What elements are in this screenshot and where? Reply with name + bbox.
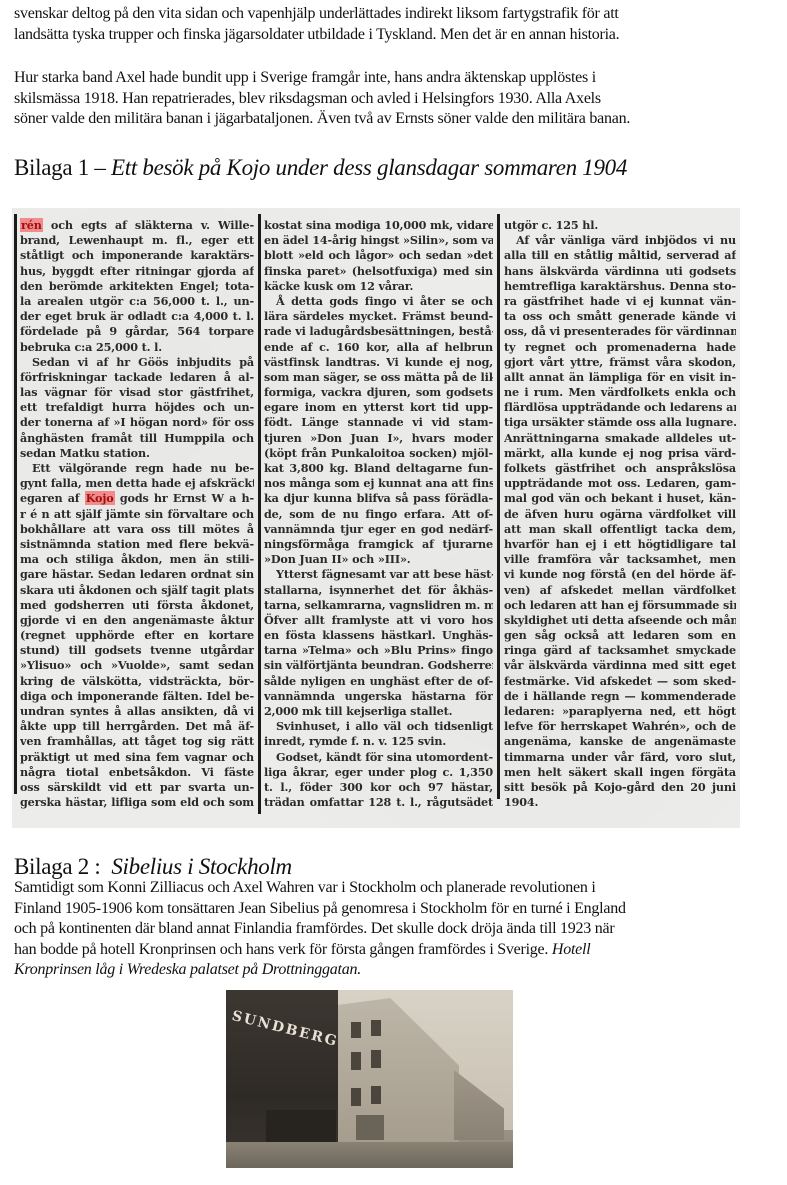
clipping-line: bokhållare att vara oss till mötes å [20,522,254,537]
photo-shopfront [356,1115,384,1140]
bilaga1-label: Bilaga 1 – [14,155,111,180]
clipping-line: timmarna under vår färd, voro slut, [504,750,736,765]
clipping-line: egare inom en ytterst kort tid upp- [264,400,493,415]
clipping-line: tjuren »Don Juan I», hvars moder [264,431,493,446]
bilaga2-heading: Bilaga 2 : Sibelius i Stockholm [14,854,292,880]
clipping-line: ne i rum. Men värdfolkets enkla och [504,385,736,400]
clipping-line: vannämnda tjur eger en god nedärf- [264,522,493,537]
clipping-line: ven) af afskedet mellan värdfolket [504,583,736,598]
clipping-line: rade vi ladugårdsbesättningen, bestå- [264,324,493,339]
clipping-line: ringa gärd af tacksamhet smyckade [504,643,736,658]
text-line: och på kontinenten där bland annat Finla… [14,919,784,940]
clipping-line: med godsherren uti första åkdonet, [20,598,254,613]
clipping-line: inredt, rymde f. n. v. 125 svin. [264,734,493,749]
photo-window [351,1088,361,1106]
clipping-line: sålde nyligen en unghäst efter de of- [264,674,493,689]
clipping-line: 1904. [504,795,736,810]
clipping-line: der tonerna af »I högan nord» för oss [20,415,254,430]
photo-window [351,1022,361,1038]
clipping-line: vår älskvärda värdinna med sitt eget [504,658,736,673]
clipping-line: undran syntes å allas ansikten, då vi [20,704,254,719]
clipping-line: Svinhuset, i allo väl och tidsenligt [264,719,493,734]
clipping-line: ende af c. 160 kor, alla af helbrun [264,340,493,355]
highlighted-word: Kojo [85,491,115,505]
clipping-line: Sedan vi af hr Göös inbjudits på [20,355,254,370]
column-rule-left [14,214,17,794]
clipping-line: kring de välskötta, vidsträckta, bör- [20,674,254,689]
text-line: landsätta tyska trupper och finska jägar… [14,25,784,46]
clipping-line: Godset, kändt för sina utomordent- [264,750,493,765]
clipping-line: några tiotal enbetsåkdon. Vi fäste [20,765,254,780]
clipping-line: »Don Juan II» och »III». [264,552,493,567]
historic-street-photo: SUNDBERG [226,990,513,1168]
text-line: han bodde på hotell Kronprinsen och hans… [14,940,784,961]
clipping-line: åkte upp till herrgården. Det må äf- [20,719,254,734]
clipping-line: finska paret» (helsotfuxiga) med sin [264,264,493,279]
clipping-line: en fösta klassens hästkarl. Unghäs- [264,628,493,643]
clipping-line: 2,000 mk till kejserliga stallet. [264,704,493,719]
clipping-line: präktigt ut med sina fem vagnar och [20,750,254,765]
clipping-line: ville framföra vår tacksamhet, men [504,552,736,567]
photo-window [351,1052,361,1070]
clipping-line: en ädel 14-årig hingst »Silin», som var [264,233,493,248]
newspaper-clipping: rén och egts af släkterna v. Wille-brand… [12,208,740,828]
clipping-line: brand, Lewenhaupt m. fl., eger ett [20,233,254,248]
photo-window [371,1020,381,1036]
highlighted-word: rén [20,218,43,232]
photo-street [226,1142,513,1168]
clipping-line: bebruka c:a 25,000 t. l. [20,340,254,355]
clipping-line: Af vår vänliga värd inbjödos vi nu [504,233,736,248]
clipping-line: ma och stiliga åkdon, men än stili- [20,552,254,567]
clipping-line: att man skall offentligt tacka dem, [504,522,736,537]
clipping-line: kostat sina modiga 10,000 mk, vidare [264,218,493,233]
clipping-line: alla till en ståtlig måltid, serverad af [504,248,736,263]
clipping-line: födt. Länge stannade vi vid stam- [264,415,493,430]
clipping-line: allt annat än lämpliga för en visit in- [504,370,736,385]
clipping-line: t. l., föder 300 kor och 97 hästar, [264,780,493,795]
clipping-line: gerska hästar, lifliga som eld och som [20,795,254,810]
clipping-line: vannämnda ungerska hästarna för [264,689,493,704]
clipping-line: lära särdeles mycket. Främst beund- [264,309,493,324]
clipping-line: der eget bruk är odladt c:a 4,000 t. l. [20,309,254,324]
clipping-line: ra gästfrihet hade vi ej kunnat vän- [504,294,736,309]
clipping-line: käcke kusk om 12 vårar. [264,279,493,294]
clipping-line: de, som de nu fingo erfara. Att of- [264,507,493,522]
text-segment: han bodde på hotell Kronprinsen och hans… [14,941,552,958]
clipping-line: folkets gästfrihet och anspråkslösa [504,461,736,476]
clipping-line: blott »eld och lågor» och sedan »det [264,248,493,263]
clipping-line: gynt falla, men detta hade ej afskräckt [20,476,254,491]
clipping-line: liga åkrar, eger under plog c. 1,350 [264,765,493,780]
clipping-line: stallarna, isynnerhet det för åkhäs- [264,583,493,598]
clipping-line: ståtligt och imponerande karaktärs- [20,248,254,263]
photo-caption-start: Hotell [552,941,591,958]
text-segment: gods hr Ernst W a h- [115,491,254,505]
clipping-line: hemtrefliga karaktärshus. Denna sto- [504,279,736,294]
clipping-line: de äfven huru ogärna värdfolket vill [504,507,736,522]
clipping-line: (köpt från Punkaloitoa socken) mjöl- [264,446,493,461]
clipping-line: Anrättningarna smakade alldeles ut- [504,431,736,446]
clipping-line: angenäma, kanske de angenämaste [504,734,736,749]
intro-paragraph-2: Hur starka band Axel hade bundit upp i S… [14,68,784,130]
bilaga1-title: Ett besök på Kojo under dess glansdagar … [111,155,627,180]
clipping-line: hus, byggdt efter ritningar gjorda af [20,264,254,279]
clipping-line: nos många som ej kunnat ana att fins- [264,476,493,491]
clipping-line: skara uti åkdonen och själf tagit plats [20,583,254,598]
clipping-line: (regnet upphörde efter en kortare [20,628,254,643]
clipping-line: gare hästar. Sedan ledaren ordnat sin [20,567,254,582]
clipping-line: de i hällande regn — kommenderade [504,689,736,704]
bilaga2-title: Sibelius i Stockholm [111,854,292,879]
bilaga1-heading: Bilaga 1 – Ett besök på Kojo under dess … [14,155,627,181]
photo-shop-window [266,1110,336,1146]
column-rule-1 [258,214,261,814]
clipping-line: hvarför han ej i ett högtidligare tal [504,537,736,552]
clipping-line: kat 3,800 kg. Bland deltagarne fun- [264,461,493,476]
bilaga2-body: Samtidigt som Konni Zilliacus och Axel W… [14,878,784,981]
clipping-line: gen såg också att ledaren som en [504,628,736,643]
text-segment: egaren af [20,491,85,505]
photo-window [371,1050,381,1068]
intro-paragraph-1: svenskar deltog på den vita sidan och va… [14,4,784,45]
clipping-line: märkt, alla kunde ej nog prisa värd- [504,446,736,461]
clipping-column-3: utgör c. 125 hl.Af vår vänliga värd inbj… [504,218,736,810]
clipping-line: trädan omfattar 128 t. l., rågutsädet [264,795,493,810]
clipping-line: ledaren: »paraplyerna ned, ett högt [504,704,736,719]
photo-caption: Kronprinsen låg i Wredeska palatset på D… [14,961,361,978]
clipping-line: egaren af Kojo gods hr Ernst W a h- [20,491,254,506]
clipping-line: Öfver allt framlyste att vi voro hos [264,613,493,628]
clipping-line: Ett välgörande regn hade nu be- [20,461,254,476]
clipping-line: lefve för herrskapet Wahrén», och de [504,719,736,734]
clipping-line: gjort vårt yttre, främst våra skodon, [504,355,736,370]
clipping-line: sin välförtjänta beundran. Godsherren [264,658,493,673]
text-line: Kronprinsen låg i Wredeska palatset på D… [14,960,784,981]
clipping-line: las vägnar för visad stor gästfrihet, [20,385,254,400]
clipping-line: sitt besök på Kojo-gård den 20 juni [504,780,736,795]
clipping-line: men helt säkert skall ingen förgäta [504,765,736,780]
clipping-line: diga och imponerande fälten. Idel be- [20,689,254,704]
clipping-line: sedan Matku station. [20,446,254,461]
clipping-line: som man säger, se oss mätta på de lik- [264,370,493,385]
clipping-line: flärdlösa uppträdande och ledarens ar- [504,400,736,415]
column-rule-2 [497,214,500,799]
clipping-line: tarna, selkamrarna, vagnslidren m. m. [264,598,493,613]
clipping-line: tiga ursäkter stämde oss alla lugnare. [504,415,736,430]
clipping-line: oss, då vi presenterades för värdinnan, [504,324,736,339]
clipping-line: ånghästen framåt till Humppila och [20,431,254,446]
clipping-column-1: rén och egts af släkterna v. Wille-brand… [20,218,254,810]
clipping-line: rén och egts af släkterna v. Wille- [20,218,254,233]
clipping-line: ty regnet och promenaderna hade [504,340,736,355]
clipping-line: Å detta gods fingo vi åter se och [264,294,493,309]
clipping-line: festmärke. Vid afskedet — som sked- [504,674,736,689]
clipping-line: hans älskvärda värdinna uti godsets [504,264,736,279]
clipping-line: ningsförmåga framgick af tjurarne [264,537,493,552]
clipping-line: ta oss och smått generade kände vi [504,309,736,324]
clipping-line: Ytterst fägnesamt var att bese häst- [264,567,493,582]
clipping-line: mal god vän och bekant i huset, kän- [504,491,736,506]
text-line: söner valde den militära banan i jägarba… [14,109,784,130]
text-segment: och egts af släkterna v. Wille- [43,218,254,232]
clipping-line: utgör c. 125 hl. [504,218,736,233]
text-line: Hur starka band Axel hade bundit upp i S… [14,68,784,89]
clipping-line: och ledaren att han ej försummade sin [504,598,736,613]
clipping-line: »Ylisuo» och »Vuolde», samt sedan [20,658,254,673]
text-line: Finland 1905-1906 kom tonsättaren Jean S… [14,899,784,920]
clipping-line: oss särskildt vid ett par svarta un- [20,780,254,795]
clipping-line: västfinsk landtras. Vi kunde ej nog, [264,355,493,370]
clipping-line: uppträdande mot oss. Ledaren, gam- [504,476,736,491]
clipping-line: formiga, vackra djuren, som godsets [264,385,493,400]
text-line: Samtidigt som Konni Zilliacus och Axel W… [14,878,784,899]
clipping-line: skyldighet uti detta afseende och mån- [504,613,736,628]
clipping-line: la arealen utgör c:a 56,000 t. l., un- [20,294,254,309]
clipping-line: ven framhållas, att tåget tog sig rätt [20,734,254,749]
clipping-line: vi kunde nog förstå (en del hörde äf- [504,567,736,582]
clipping-column-2: kostat sina modiga 10,000 mk, vidareen ä… [264,218,493,810]
clipping-line: tarna »Telma» och »Blu Prins» fingo [264,643,493,658]
clipping-line: ett trefaldigt hurra höjdes och un- [20,400,254,415]
clipping-line: ka djur kunna blifva så pass förädla- [264,491,493,506]
clipping-line: förfriskningar tackade ledaren å al- [20,370,254,385]
clipping-line: stund) till godsets tvenne utgårdar [20,643,254,658]
bilaga2-label: Bilaga 2 : [14,854,111,879]
text-line: skilsmässa 1918. Han repatrierades, blev… [14,89,784,110]
clipping-line: gjorde vi en den angenämaste åktur [20,613,254,628]
photo-window [371,1086,381,1104]
clipping-line: den berömde arkitekten Engel; tota- [20,279,254,294]
clipping-line: sistnämnda station med flere bekvä- [20,537,254,552]
text-line: svenskar deltog på den vita sidan och va… [14,4,784,25]
clipping-line: r é n att själf jämte sin förvaltare och [20,507,254,522]
clipping-line: fördelade på 9 gårdar, 564 torpare [20,324,254,339]
